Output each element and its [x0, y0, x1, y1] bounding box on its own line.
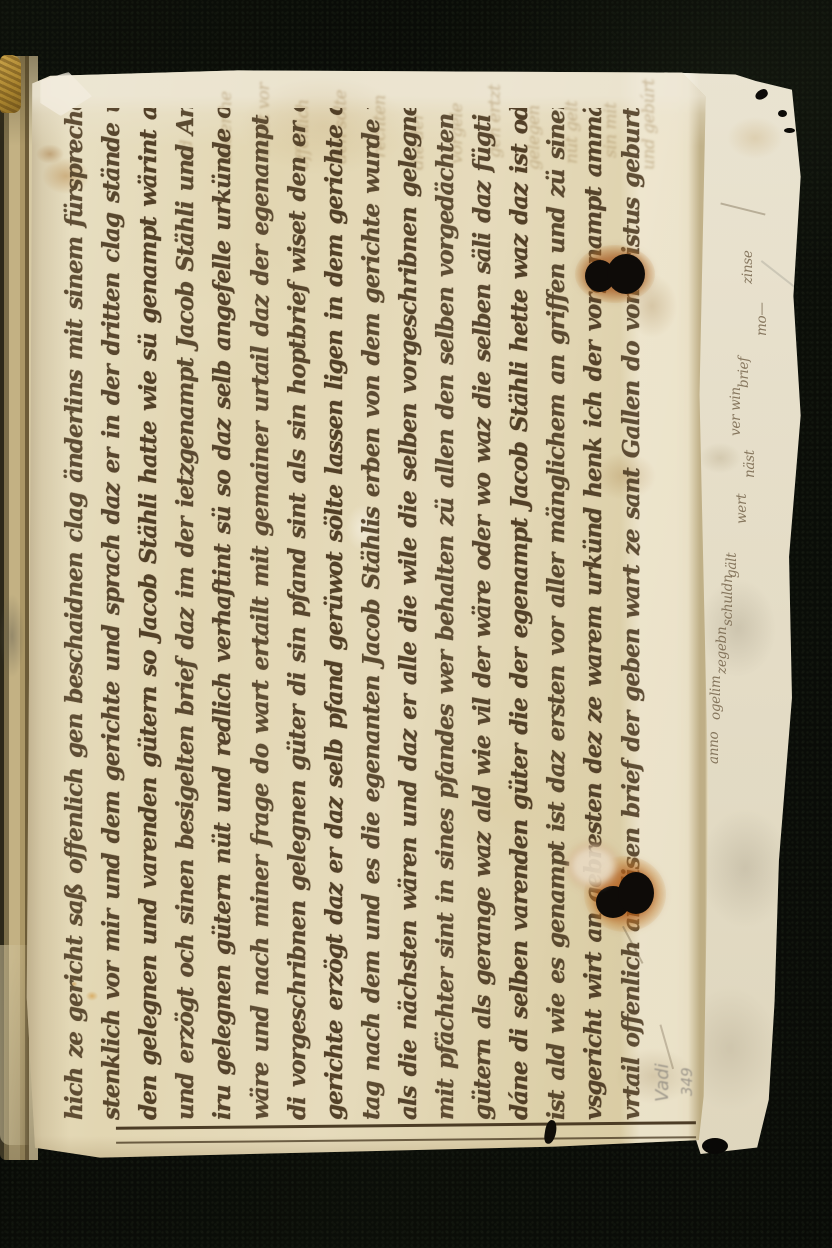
manuscript-text-line: wäre und nach miner frage do wart ertail…	[243, 108, 279, 1120]
flyleaf-scratch	[721, 202, 766, 215]
manuscript-text-line: stenklich vor mir und dem gerichte und s…	[94, 108, 130, 1120]
pencil-shelfmark-text: 349	[676, 1050, 698, 1096]
manuscript-text-line: den gelegnen und varenden gütern so Jaco…	[131, 108, 167, 1120]
ink-burn-hole-top	[583, 252, 647, 296]
manuscript-text-line: mit pfächter sint in sines pfandes wer b…	[428, 108, 464, 1120]
flyleaf-ink-spot	[754, 88, 770, 102]
manuscript-text-line: und erzögt och sinen besigelten brief da…	[168, 108, 204, 1120]
manuscript-text-line: gerichte erzögt daz er daz selb pfand ge…	[317, 108, 353, 1120]
manuscript-text-line: hich ze gericht saß offenlich gen bescha…	[57, 108, 93, 1120]
flyleaf-jotting: mo—	[752, 276, 772, 336]
spine-damaged-headband	[0, 55, 21, 113]
pencil-shelfmark-text: Vadi	[652, 1040, 674, 1102]
manuscript-text-line: iru gelegnen gütern nüt und redlich verh…	[205, 108, 241, 1120]
flyleaf-jotting: zinse	[738, 224, 758, 284]
manuscript-text-line: dáne di selben varenden güter die der eg…	[502, 108, 538, 1120]
flyleaf-ink-spot	[778, 110, 787, 117]
photo-canvas: { "artifact": { "kind": "medieval manusc…	[0, 0, 832, 1248]
spine-lower-parchment-tab	[0, 945, 30, 1145]
flyleaf-ink-spot	[784, 128, 795, 133]
ink-burn-hole-bottom	[596, 866, 654, 924]
manuscript-text-line: ist ald wie es genampt ist daz ersten vo…	[539, 108, 575, 1120]
flyleaf-jotting: wert	[732, 464, 752, 524]
flyleaf-bottom-notch	[702, 1138, 728, 1154]
manuscript-text-line: als die nächsten wären und daz er alle d…	[391, 108, 427, 1120]
manuscript-text-line: di vorgeschribnen gelegnen güter di sin …	[280, 108, 316, 1120]
manuscript-text-line: gütern als gerange waz ald wie vil der w…	[465, 108, 501, 1120]
manuscript-text-line: tag nach dem und es die egenanten Jacob …	[354, 108, 390, 1120]
